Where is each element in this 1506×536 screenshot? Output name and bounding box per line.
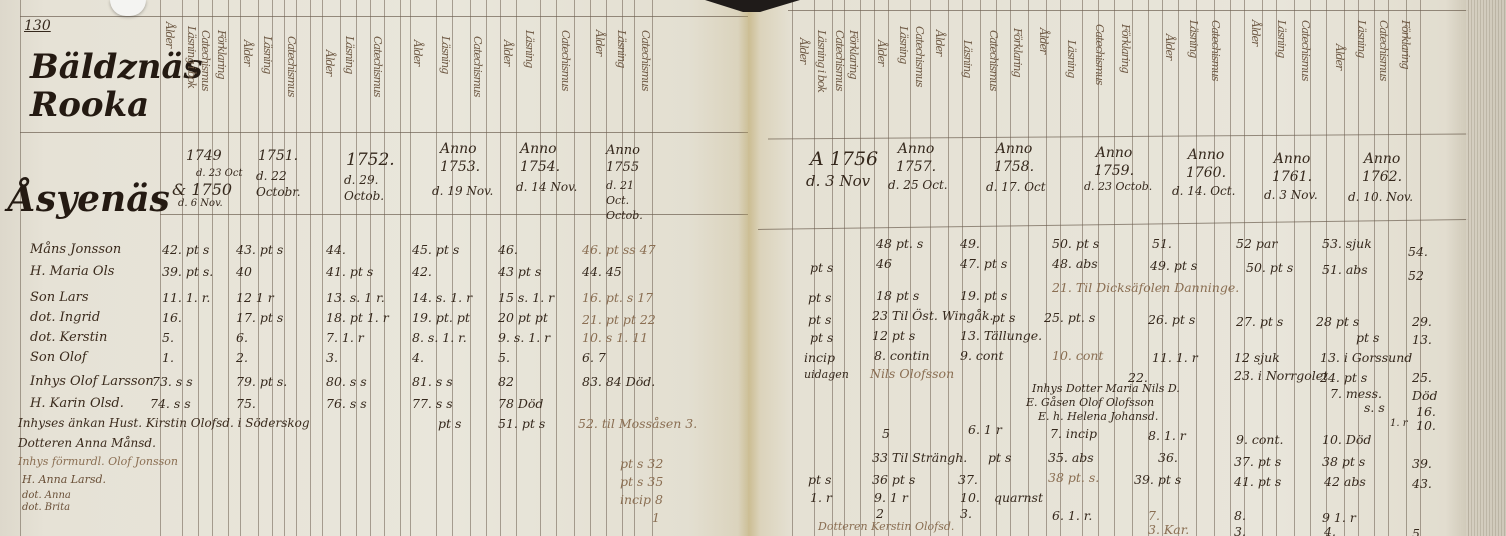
cell: 10. [960, 490, 980, 505]
cell: pt s [988, 450, 1011, 465]
cell: 13. i Gorssund [1320, 350, 1412, 365]
col-header: Läsning [1356, 20, 1367, 120]
cell: 52 par [1236, 236, 1277, 251]
cell: 16. [162, 310, 182, 325]
cell: 53. sjuk [1322, 236, 1372, 251]
year-1758: Anno 1758. [986, 140, 1042, 176]
cell: pt s [992, 310, 1015, 325]
col-header: Catechismus [988, 30, 999, 130]
year-date: d. 14 Nov. [516, 180, 577, 194]
person-name: dot. Brita [22, 502, 70, 513]
year-date: d. 17. Oct [986, 180, 1046, 194]
col-header: Läsning [1276, 20, 1287, 120]
col-header: Läsning [344, 36, 355, 136]
cell: Inhys Dotter Maria Nils D. [1032, 382, 1180, 395]
cell: 78 Död [498, 396, 543, 411]
cell: 7. [1148, 508, 1160, 523]
year-date: d. 23 Oct [196, 168, 242, 179]
person-name: Dotteren Anna Månsd. [18, 436, 156, 450]
col-header: Läsning [262, 36, 273, 136]
cell: 8. 1. r [1148, 428, 1186, 443]
cell: 39. pt s [1134, 472, 1181, 487]
col-header: Ålder [798, 38, 809, 138]
cell: 44. 45 [582, 264, 622, 279]
col-header: Ålder [594, 30, 605, 130]
cell: pt s [1356, 330, 1379, 345]
cell: pt s 35 [620, 474, 663, 489]
person-name: Måns Jonsson [30, 242, 121, 257]
cell: 5. [1412, 526, 1424, 536]
cell: pt s [808, 472, 831, 487]
cell: 6. 1. r. [1052, 508, 1092, 523]
cell: 16. pt. s 17 [582, 290, 653, 305]
cell: 9. 1 r [874, 490, 908, 505]
year-1752: 1752. [346, 150, 395, 170]
cell: 51. [1152, 236, 1172, 251]
village-title: Bäldznäs Rooka [30, 48, 160, 124]
year-1753: Anno 1753. [440, 140, 490, 176]
cell: 17. pt s [236, 310, 283, 325]
col-header: Ålder [1334, 44, 1345, 134]
cell: 54. [1408, 244, 1428, 259]
cell: 8. [1234, 508, 1246, 523]
year-date: d. 23 Octob. [1084, 180, 1152, 193]
year-1760: Anno 1760. [1178, 146, 1234, 182]
cell: 3. [326, 350, 338, 365]
cell: pt s [438, 416, 461, 431]
cell: 81. s s [412, 374, 453, 389]
cell: incip 8 [620, 492, 663, 507]
person-name: Son Olof [30, 350, 87, 365]
cell: 35. abs [1048, 450, 1094, 465]
col-header: Catechismus [200, 30, 211, 140]
col-header: Catechismus [372, 36, 383, 136]
cell: 4. [412, 350, 424, 365]
cell: uidagen [804, 368, 849, 381]
col-header: Catechismus [640, 30, 651, 130]
col-header: Förklaring [1400, 20, 1411, 120]
year-rule [160, 214, 748, 215]
cell: 18. pt 1. r [326, 310, 389, 325]
cell: 26. pt s [1148, 312, 1195, 327]
cell: 6. 7 [582, 350, 606, 365]
col-header: Läsning [616, 30, 627, 130]
cell: 46. [498, 242, 518, 257]
year-date: d. 25 Oct. [888, 178, 948, 192]
cell: 41. pt s [1234, 474, 1281, 489]
cell: 9. s. 1. r [498, 330, 550, 345]
cell: 5. [498, 350, 510, 365]
cell: 14. s. 1. r [412, 290, 472, 305]
cell: 51. pt s [498, 416, 545, 431]
cell: 13. s. 1 r. [326, 290, 385, 305]
cell: 50. pt s [1246, 260, 1293, 275]
col-header: Ålder [876, 40, 887, 140]
cell: 37. [958, 472, 978, 487]
cell: 10. [1416, 418, 1436, 433]
cell: 42. pt s [162, 242, 209, 257]
person-name: Inhys förmurdl. Olof Jonsson [18, 455, 178, 468]
cell: 23. i Norrgolet [1234, 368, 1328, 383]
col-header: Catechismus [1210, 20, 1221, 120]
cell: 28 pt s [1316, 314, 1359, 329]
right-page: Ålder Läsning i bok Catechismus Förklari… [748, 0, 1506, 536]
cell: 43. pt s [236, 242, 283, 257]
cell: 9. cont. [1236, 432, 1283, 447]
cell: 12 sjuk [1234, 350, 1280, 365]
col-header: Läsning [1066, 40, 1077, 140]
col-header: Läsning [898, 26, 909, 126]
cell: 40 [236, 264, 252, 279]
cell: 49. [960, 236, 980, 251]
col-header: Ålder [412, 40, 423, 140]
cell: 7. incip [1050, 426, 1097, 441]
cell: E. Gåsen Olof Olofsson [1026, 396, 1154, 409]
cell: 49. pt s [1150, 258, 1197, 273]
col-header: Förklaring [1012, 28, 1023, 128]
cell: 42 abs [1324, 474, 1366, 489]
cell: 36. [1158, 450, 1178, 465]
cell: pt s [808, 312, 831, 327]
cell: 45. pt s [412, 242, 459, 257]
cell: 38 pt. s. [1048, 470, 1099, 485]
col-header: Läsning [1188, 20, 1199, 120]
person-name: dot. Ingrid [30, 310, 100, 325]
col-header: Catechismus [1094, 24, 1105, 124]
cell: 27. pt s [1236, 314, 1283, 329]
year-date: d. 3 Nov. [1264, 188, 1318, 202]
cell: 52 [1408, 268, 1424, 283]
col-header: Ålder [502, 40, 513, 140]
cell: 5 [882, 426, 890, 441]
farm-title: Åsyenäs [8, 178, 170, 220]
col-header: Ålder [1250, 20, 1261, 120]
cell: 3. [960, 506, 972, 521]
year-1749: 1749 [186, 148, 222, 164]
cell: 25. [1412, 370, 1432, 385]
cell: 48. abs [1052, 256, 1098, 271]
year-1756: A 1756 [810, 148, 878, 170]
cell: 23 Til Öst. Wingåk. [872, 308, 994, 323]
col-header: Läsning [962, 40, 973, 140]
cell: 48 pt. s [876, 236, 923, 251]
cell: 36 pt s [872, 472, 915, 487]
cell: 73. s s [152, 374, 193, 389]
cell: Dotteren Kerstin Olofsd. [818, 520, 954, 533]
col-header: Catechismus [560, 30, 571, 130]
cell: 7. 1. r [326, 330, 364, 345]
col-header: Ålder [324, 50, 335, 140]
cell: 41. pt s [326, 264, 373, 279]
cell: 46. pt ss 47 [582, 242, 656, 257]
cell: 42. [412, 264, 432, 279]
cell: 25. pt. s [1044, 310, 1095, 325]
cell: 6. [236, 330, 248, 345]
cell: 77. s s [412, 396, 453, 411]
cell: pt s [810, 260, 833, 275]
col-header: Ålder [934, 30, 945, 130]
cell: 12 1 r [236, 290, 274, 305]
person-name: Son Lars [30, 290, 89, 305]
cell: 79. pt s. [236, 374, 287, 389]
cell: 8. s. 1. r. [412, 330, 467, 345]
col-header: Catechismus [472, 36, 483, 136]
cell: 29. [1412, 314, 1432, 329]
col-header: Förklaring [848, 30, 859, 130]
year-1761: Anno 1761. [1264, 150, 1320, 186]
col-header: Ålder [1038, 28, 1049, 128]
cell: 3. [1234, 524, 1246, 536]
cell: 44. [326, 242, 346, 257]
cell: 7. mess. [1330, 386, 1382, 401]
col-header: Catechismus [1378, 20, 1389, 120]
cell: 18 pt s [876, 288, 919, 303]
cell: 38 pt s [1322, 454, 1365, 469]
col-header: Ålder [164, 22, 175, 132]
year-date: d. 14. Oct. [1172, 184, 1235, 198]
year-1751: 1751. [258, 148, 298, 164]
cell: 75. [236, 396, 256, 411]
cell: 47. pt s [960, 256, 1007, 271]
person-name: Inhys Olof Larsson [30, 374, 154, 389]
cell: 11. 1. r. [162, 290, 210, 305]
cell: 43 pt s [498, 264, 541, 279]
cell: pt s 32 [620, 456, 663, 471]
col-header: Läsning [524, 30, 535, 130]
cell: s. s [1364, 400, 1385, 415]
cell: Död [1412, 388, 1438, 403]
cell: 1. [162, 350, 174, 365]
cell: 10. s 1. 11 [582, 330, 648, 345]
year-1759: Anno 1759. [1086, 144, 1142, 180]
col-header: Ålder [1164, 34, 1175, 134]
cell: 33 Til Strängh. [872, 450, 967, 465]
cell: 16. [1416, 404, 1436, 419]
year-1762: Anno 1762. [1352, 150, 1412, 186]
person-name: H. Maria Ols [30, 264, 114, 279]
col-header: Läsning i bok [186, 26, 197, 136]
col-header: Ålder [242, 40, 253, 140]
person-name: dot. Anna [22, 490, 71, 501]
cell: 50. pt s [1052, 236, 1099, 251]
cell: 6. 1 r [968, 422, 1002, 437]
year-date: d. 10. Nov. [1348, 190, 1413, 204]
cell: 19. pt. pt [412, 310, 470, 325]
year-date: d. 3 Nov [806, 172, 870, 190]
cell: 19. pt s [960, 288, 1007, 303]
cell: 13. [1412, 332, 1432, 347]
cell: 37. pt s [1234, 454, 1281, 469]
year-1755: Anno 1755 [606, 142, 652, 176]
cell: 15 s. 1. r [498, 290, 554, 305]
cell: 46 [876, 256, 892, 271]
cell: 74. s s [150, 396, 191, 411]
year-date: d. 22 Octobr. [256, 168, 320, 200]
cell: 20 pt pt [498, 310, 548, 325]
cell: 43. [1412, 476, 1432, 491]
col-header: Läsning i bok [816, 30, 827, 130]
cell: 4. [1324, 524, 1336, 536]
cell: 39. [1412, 456, 1432, 471]
cell: 1. r [1390, 418, 1408, 429]
cell: 80. s s [326, 374, 367, 389]
year-date: d. 6 Nov. [178, 198, 223, 209]
cell: 13. Tällunge. [960, 328, 1042, 343]
year-date: d. 21 Oct. Octob. [606, 178, 654, 223]
cell: 1 [652, 510, 660, 525]
year-1750: & 1750 [172, 180, 232, 199]
cell: 52. til Mossåsen 3. [578, 416, 697, 431]
cell: 83. 84 Död. [582, 374, 655, 389]
year-date: d. 19 Nov. [432, 184, 493, 198]
col-header: Catechismus [914, 26, 925, 126]
cell: 5. [162, 330, 174, 345]
cell: 2. [236, 350, 248, 365]
year-1754: Anno 1754. [520, 140, 570, 176]
cell: 21. pt pt 22 [582, 312, 656, 327]
cell: pt s [810, 330, 833, 345]
cell: 10. cont [1052, 348, 1103, 363]
person-name: dot. Kerstin [30, 330, 107, 345]
cell: 82 [498, 374, 514, 389]
col-header: Catechismus [1300, 20, 1311, 120]
person-name: Inhyses änkan Hust. Kirstin Olofsd. i Sö… [18, 416, 310, 430]
page-edges [1466, 0, 1506, 536]
left-page: 130 Bäldznäs Rooka Åsyenäs Ålder Läsning… [0, 0, 748, 536]
person-name: H. Karin Olsd. [30, 396, 124, 411]
person-name: H. Anna Larsd. [22, 473, 106, 486]
cell: 10. Död [1322, 432, 1371, 447]
cell: 51. abs [1322, 262, 1368, 277]
cell: 9 1. r [1322, 510, 1356, 525]
col-header: Läsning [440, 36, 451, 136]
cell: 1. r [810, 490, 832, 505]
cell: Nils Olofsson [870, 366, 954, 381]
cell: 2 [876, 506, 884, 521]
year-date: d. 29. Octob. [344, 172, 400, 204]
cell: 24. pt s [1320, 370, 1367, 385]
cell: 21. Til Dicksäfolen Danninge. [1052, 280, 1239, 295]
cell: 12 pt s [872, 328, 915, 343]
book-gutter [738, 0, 760, 536]
col-header: Förklaring [216, 30, 227, 140]
cell: 76. s s [326, 396, 367, 411]
cell: incip [804, 350, 835, 365]
cell: pt s [808, 290, 831, 305]
paper-clip [110, 0, 146, 16]
cell: E. h. Helena Johansd. [1038, 410, 1158, 423]
cell: 3. Kar. [1148, 522, 1189, 536]
page-number: 130 [24, 18, 51, 34]
col-header: Förklaring [1120, 24, 1131, 124]
cell: 11. 1. r [1152, 350, 1198, 365]
col-header: Catechismus [286, 36, 297, 136]
year-1757: Anno 1757. [888, 140, 944, 176]
cell: quarnst [994, 490, 1043, 505]
col-header: Catechismus [834, 30, 845, 130]
cell: 8. contin [874, 348, 930, 363]
cell: 39. pt s. [162, 264, 213, 279]
cell: 9. cont [960, 348, 1004, 363]
